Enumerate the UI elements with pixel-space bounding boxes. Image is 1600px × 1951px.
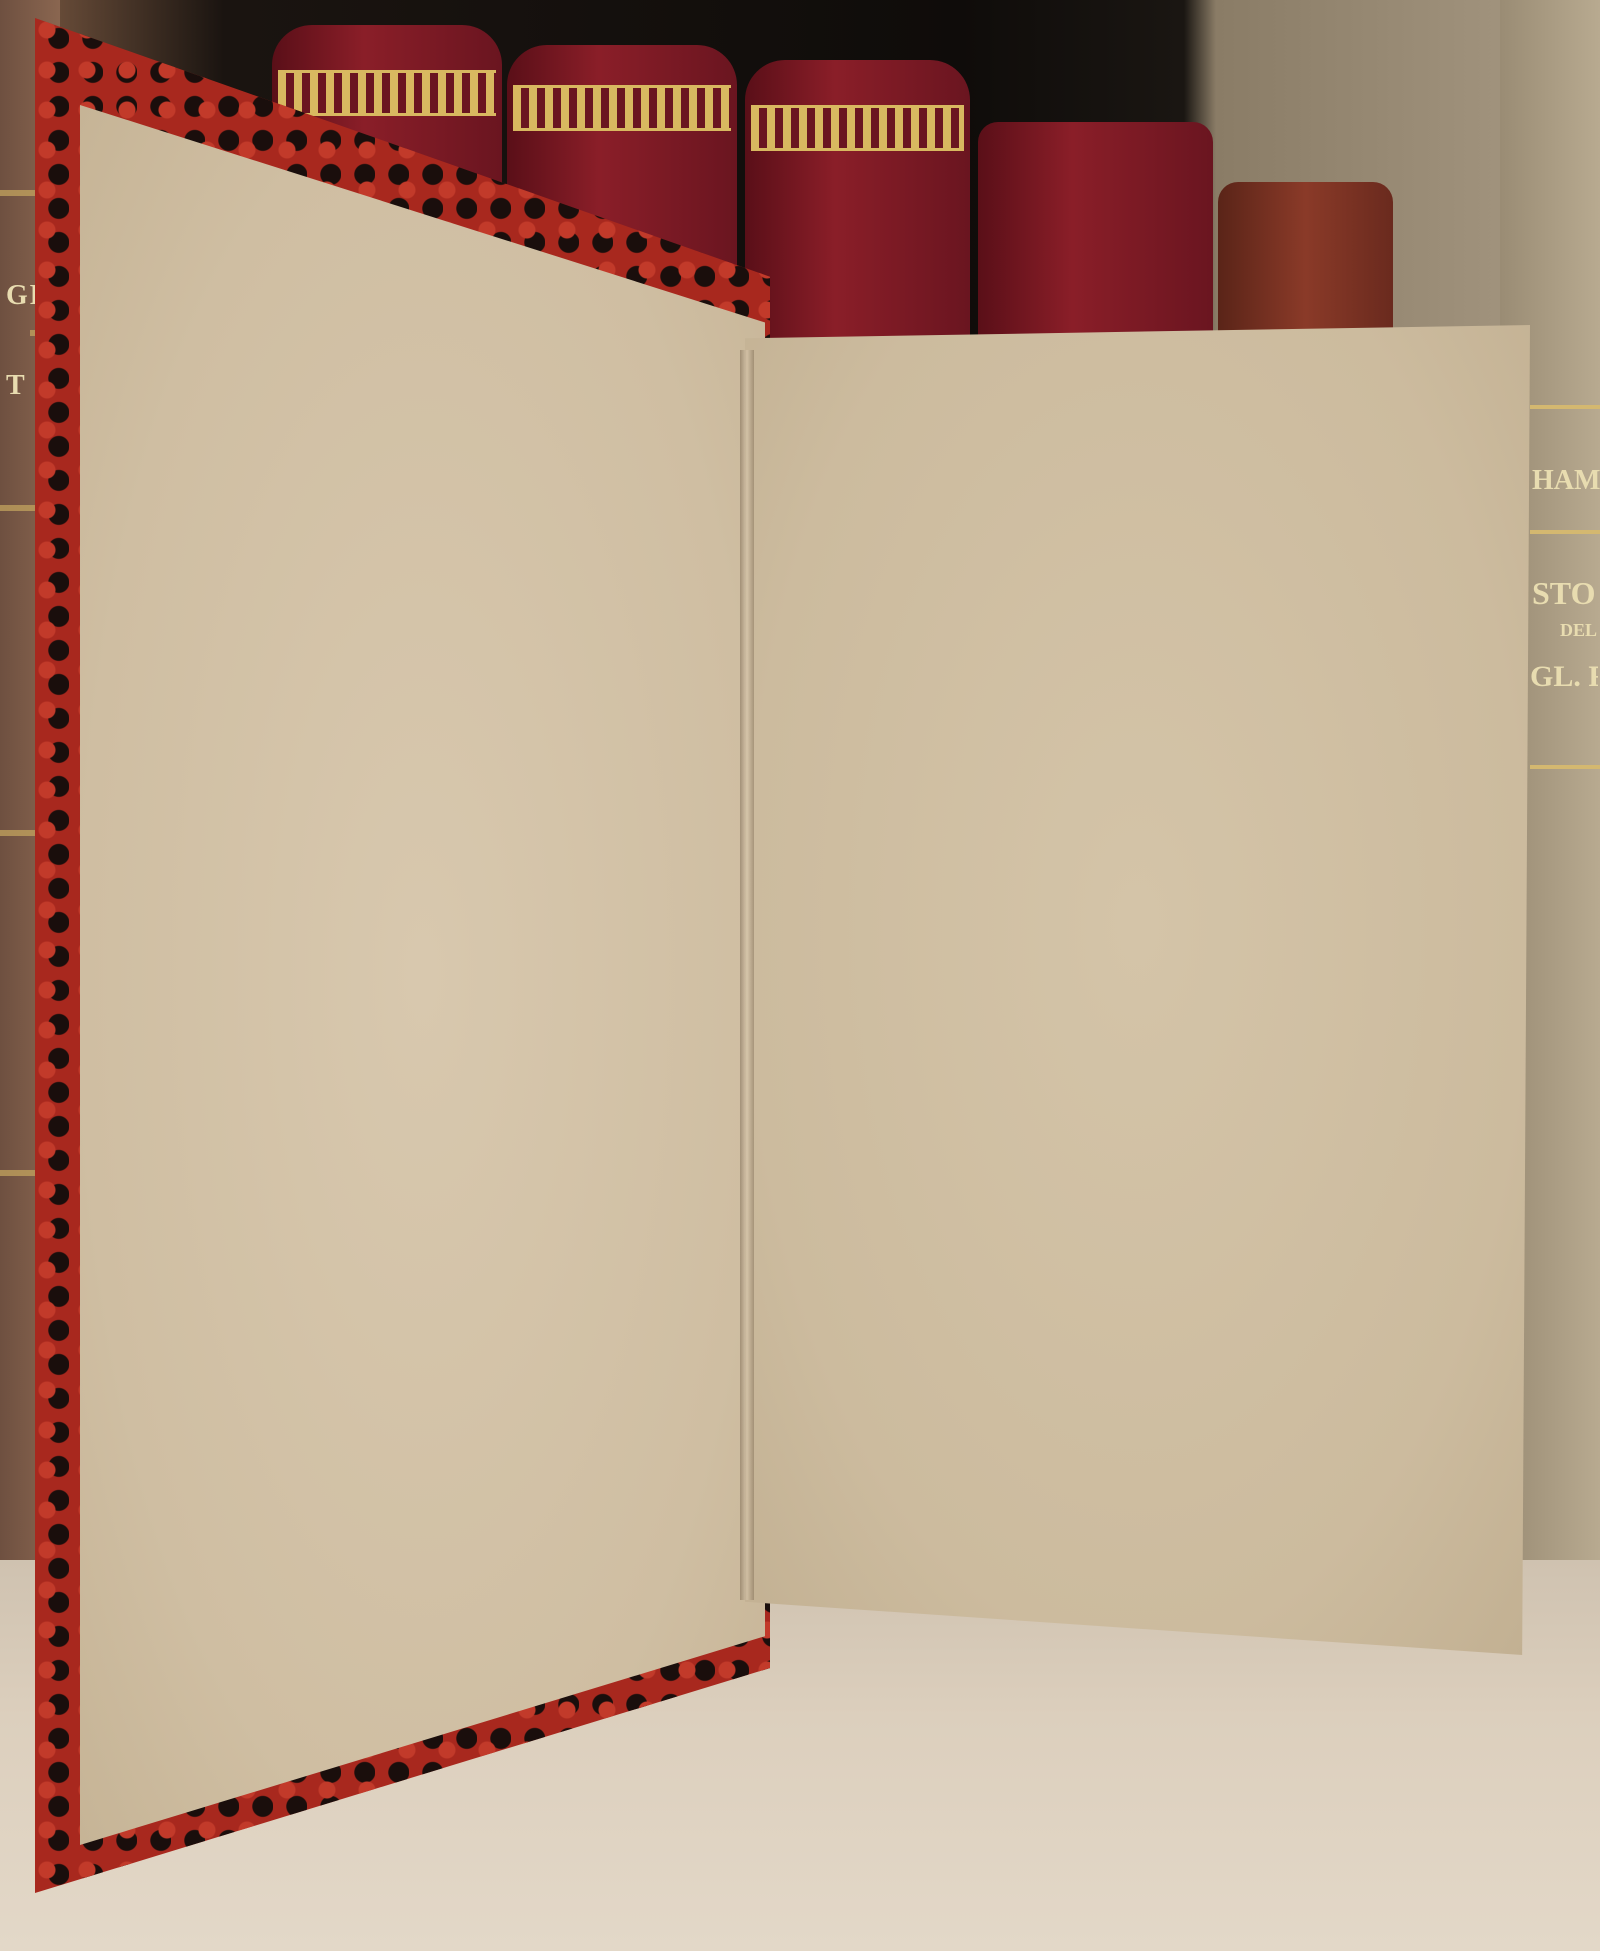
right-spine-text-1: HAM — [1532, 465, 1600, 497]
spine-gilt-band — [1530, 405, 1600, 409]
mini-book-4-laurel-hat — [978, 122, 1213, 347]
left-spine-text-2: T — [6, 370, 27, 402]
right-endpaper — [745, 325, 1530, 1655]
spine-gilt-band — [1530, 530, 1600, 534]
book-gutter — [740, 350, 754, 1600]
gilt-band — [751, 105, 964, 151]
gilt-band — [278, 70, 496, 116]
mini-book-3 — [745, 60, 970, 350]
spine-gilt-band — [1530, 765, 1600, 769]
gilt-band — [513, 85, 731, 131]
right-spine-text-2: STO — [1532, 575, 1600, 612]
photo-scene: GR T HAM STO DEL GL. FI — [0, 0, 1600, 1951]
mini-book-5-ornamental — [1218, 182, 1393, 347]
right-spine-text-4: GL. FI — [1530, 660, 1598, 694]
left-endpaper — [80, 105, 765, 1845]
right-spine-text-3: DEL — [1560, 620, 1600, 641]
